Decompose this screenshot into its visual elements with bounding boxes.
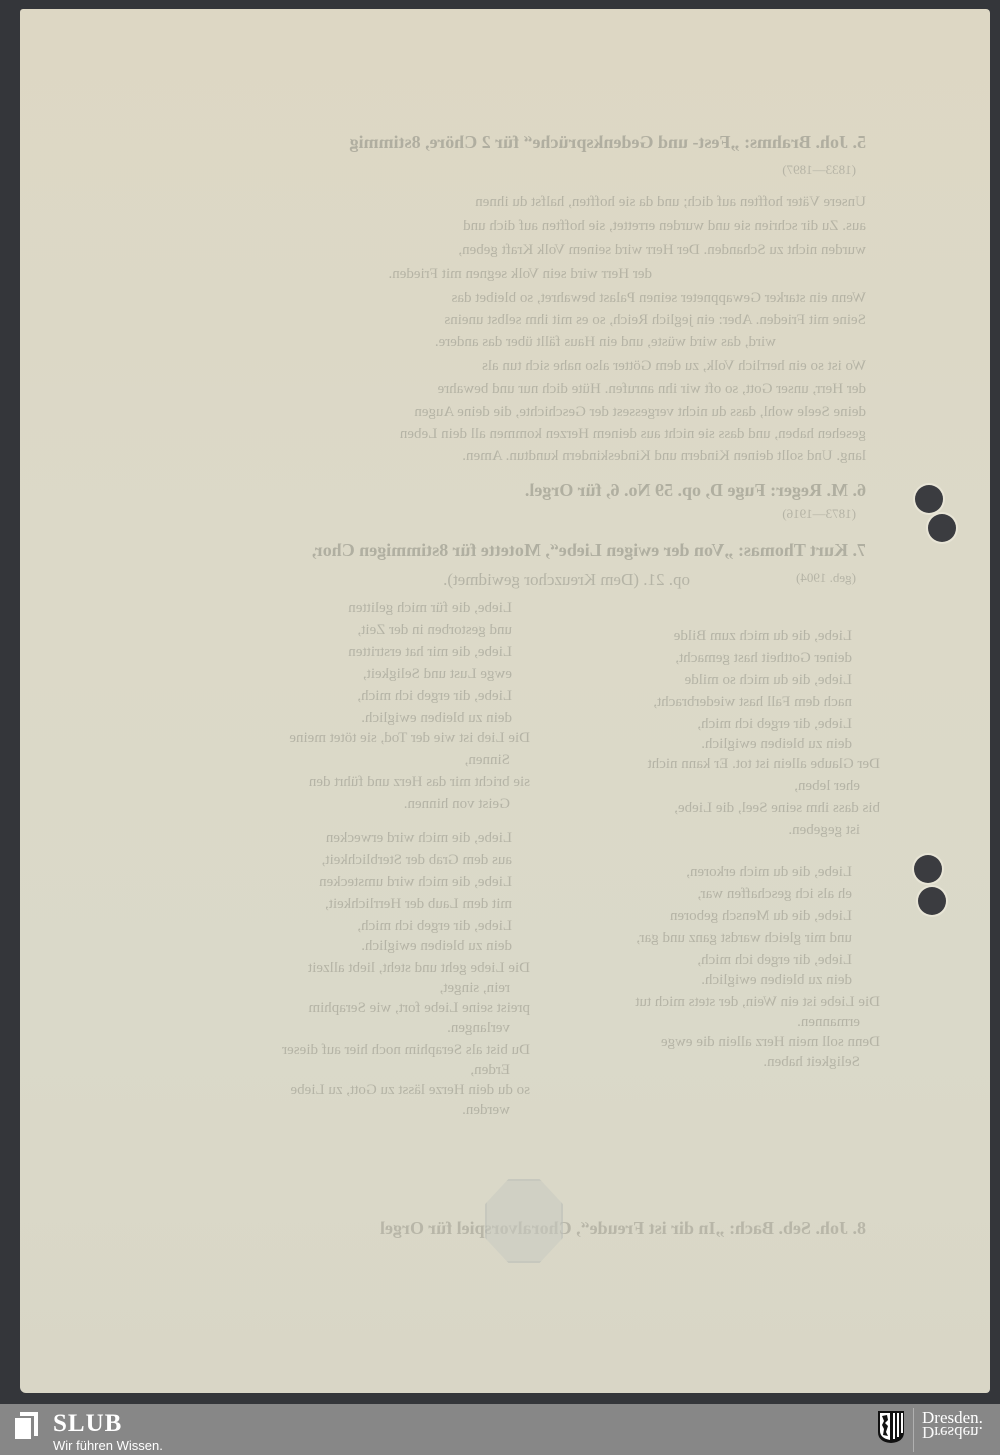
verse-line: und mir gleich wardst ganz und gar, [636, 931, 852, 946]
dresden-logo-reflection: Dresden. [922, 1424, 983, 1441]
verse-line: bis dass ihm seine Seel, die Liebe, [674, 801, 880, 816]
verse-line: Liebe, die du mich erkoren, [686, 865, 852, 880]
verse-line: Die Liebe geht und steht, liebt allzeit [308, 961, 530, 976]
verse-line: mit dem Laub der Herrlichkeit, [325, 897, 512, 912]
verse-line: Die Liebe ist ein Wein, der stets mich t… [635, 995, 880, 1010]
verse-line: werden. [462, 1103, 510, 1118]
item5-dates: (1833—1897) [782, 163, 856, 176]
verse-line: und gestorben in der Zeit, [357, 623, 512, 638]
verse-line: verlangen. [447, 1021, 510, 1036]
verse-line: nach dem Fall hast wiederbracht, [653, 695, 852, 710]
hole-punch [915, 485, 943, 513]
verse-line: dein zu bleiben ewiglich. [361, 939, 512, 954]
verse-line: aus dem Grab der Sterblichkeit, [322, 853, 512, 868]
item5-line: lang. Und sollt deinen Kindern und Kinde… [462, 449, 866, 464]
item5-line: der Herr, unser Gott, so oft wir ihn anr… [438, 382, 866, 397]
slub-tagline: Wir führen Wissen. [53, 1438, 163, 1453]
verse-line: Liebe, die für mich gelitten [348, 601, 512, 616]
verse-line: Denn soll mein Herz allein die ewge [661, 1035, 880, 1050]
item5-line: deine Seele wohl, dass du nicht vergesse… [414, 405, 866, 420]
item5-line: aus. Zu dir schrien sie und wurden erret… [463, 219, 866, 234]
verse-line: dein zu bleiben ewiglich. [701, 973, 852, 988]
verse-line: sie bricht mir das Herz und führt den [309, 775, 530, 790]
slub-footer-bar: SLUB Wir führen Wissen. Dresden. Dresden… [0, 1404, 1000, 1455]
verse-line: Liebe, die du Mensch geboren [670, 909, 852, 924]
verse-line: Liebe, die du mich zum Bilde [674, 629, 852, 644]
verse-line: Der Glaube allein ist tot. Er kann nicht [648, 757, 880, 772]
item7-subheading: op. 21. (Dem Kreuzchor gewidmet). [443, 571, 690, 588]
dresden-coat-of-arms-icon [877, 1410, 905, 1444]
item5-line: wird, das wird wüste, und ein Haus fällt… [435, 335, 776, 350]
verse-line: eh als ich geschaffen war, [698, 887, 852, 902]
item7-heading: 7. Kurt Thomas: „Von der ewigen Liebe“, … [312, 541, 866, 559]
verse-line: Liebe, dir ergeb ich mich, [357, 919, 512, 934]
verse-line: Die Lieb ist wie der Tod, sie tötet mein… [289, 731, 530, 746]
verse-line: Seligkeit haben. [763, 1055, 860, 1070]
slub-book-icon [12, 1410, 42, 1440]
slub-logo-text: SLUB [53, 1410, 122, 1438]
item5-line: Unsere Väter hofften auf dich; und da si… [475, 195, 866, 210]
document-page: 5. Joh. Brahms: „Fest- und Gedenksprüche… [20, 9, 990, 1393]
item5-line: Wenn ein starker Gewappneter seinen Pala… [452, 291, 866, 306]
scan-background: 5. Joh. Brahms: „Fest- und Gedenksprüche… [0, 0, 1000, 1404]
verse-line: Liebe, die du mich so milde [685, 673, 852, 688]
item5-heading: 5. Joh. Brahms: „Fest- und Gedenksprüche… [350, 133, 866, 151]
verse-line: Sinnen, [465, 753, 510, 768]
verse-line: Liebe, dir ergeb ich mich, [697, 953, 852, 968]
hole-punch [928, 514, 956, 542]
verse-line: Geist von hinnen. [404, 797, 510, 812]
item5-line: wurden nicht zu Schanden. Der Herr wird … [458, 243, 866, 258]
hole-punch [914, 855, 942, 883]
verse-line: preist seine Liebe fort, wie Seraphim [308, 1001, 530, 1016]
verse-line: ewge Lust und Seligkeit, [363, 667, 512, 682]
verse-line: Erden, [470, 1063, 510, 1078]
verse-line: rein, singet, [440, 981, 510, 996]
item5-line: Wo ist so ein herrlich Volk, zu dem Gött… [482, 359, 866, 374]
item5-line: der Herr wird sein Volk segnen mit Fried… [388, 267, 652, 282]
verse-line: dein zu bleiben ewiglich. [701, 737, 852, 752]
item8-heading: 8. Joh. Seb. Bach: „In dir ist Freude“, … [380, 1219, 866, 1237]
verse-line: dein zu bleiben ewiglich. [361, 711, 512, 726]
verse-line: Du bist als Seraphim noch hier auf diese… [282, 1043, 530, 1058]
verse-line: ermannen. [797, 1015, 860, 1030]
hole-punch [918, 887, 946, 915]
verse-line: deiner Gottheit hast gemacht, [675, 651, 852, 666]
footer-divider [913, 1408, 914, 1452]
item7-dates: (geb. 1904) [796, 571, 856, 584]
item6-dates: (1873—1916) [782, 507, 856, 520]
item6-heading: 6. M. Reger: Fuge D, op. 59 No. 6, für O… [525, 481, 866, 499]
verse-line: Liebe, dir ergeb ich mich, [697, 717, 852, 732]
item5-line: gesehen haben, und dass sie nicht aus de… [400, 427, 866, 442]
verse-line: Liebe, die mich wird erwecken [326, 831, 512, 846]
verse-line: ist gegeben. [788, 823, 860, 838]
item5-line: Seine mit Frieden. Aber: ein jeglich Rei… [444, 313, 866, 328]
verse-line: Liebe, dir ergeb ich mich, [357, 689, 512, 704]
verse-line: Liebe, die mich wird umstecken [319, 875, 512, 890]
verse-line: Liebe, die mir hat erstritten [348, 645, 512, 660]
verse-line: so du dein Herze lässt zu Gott, zu Liebe [290, 1083, 530, 1098]
verse-line: eher leben, [794, 779, 860, 794]
